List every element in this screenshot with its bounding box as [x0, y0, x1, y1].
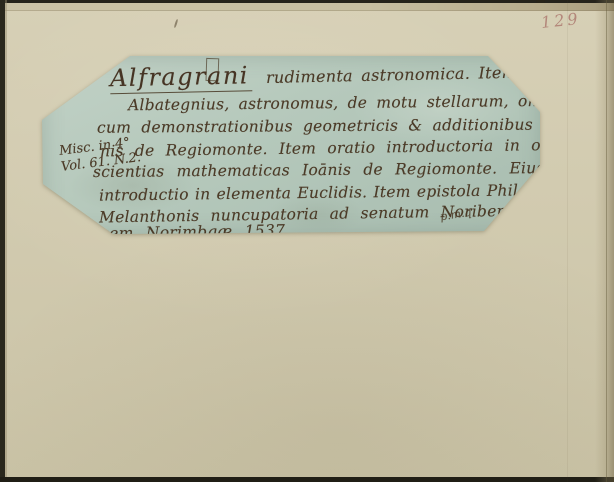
- ink-blot-top-edge: [536, 0, 545, 3]
- page-edge-left-highlight: [5, 0, 7, 482]
- catalog-label: Misc. in 4° Vol. 61. N.2. Alfragrani rud…: [42, 55, 542, 236]
- text-line: cum demonstrationibus geometricis & addi…: [97, 115, 584, 136]
- text-line: scientias mathematicas Ioānis de Regiomo…: [93, 159, 560, 181]
- scanned-catalog-page: 129 Misc. in 4° Vol. 61. N.2. Alfragrani…: [0, 0, 614, 482]
- text-line: introductio in elementa Euclidis. Item e…: [99, 181, 523, 204]
- text-line: nis de Regiomonte. Item oratio introduct…: [100, 136, 584, 161]
- title-author-word: Alfragrani: [110, 61, 253, 94]
- paper-fold-line: [567, 0, 568, 482]
- page-edge-top-strip: [0, 3, 614, 11]
- text-line: sem. Norimbgæ. 1537.: [101, 221, 291, 242]
- title-line: Alfragrani rudimenta astronomica. Item: [110, 56, 518, 95]
- correction-box-mark: [206, 58, 220, 81]
- title-line-rest: rudimenta astronomica. Item: [266, 63, 518, 87]
- text-line: Albategnius, astronomus, de motu stellar…: [128, 92, 568, 115]
- scan-edge-bottom: [0, 477, 614, 482]
- page-edge-right-line: [606, 0, 607, 482]
- folio-number: 129: [540, 9, 581, 32]
- stray-pen-mark: [174, 19, 179, 28]
- pasted-label-wrapper: Misc. in 4° Vol. 61. N.2. Alfragrani rud…: [42, 55, 542, 236]
- page-edge-right-shading: [595, 0, 614, 482]
